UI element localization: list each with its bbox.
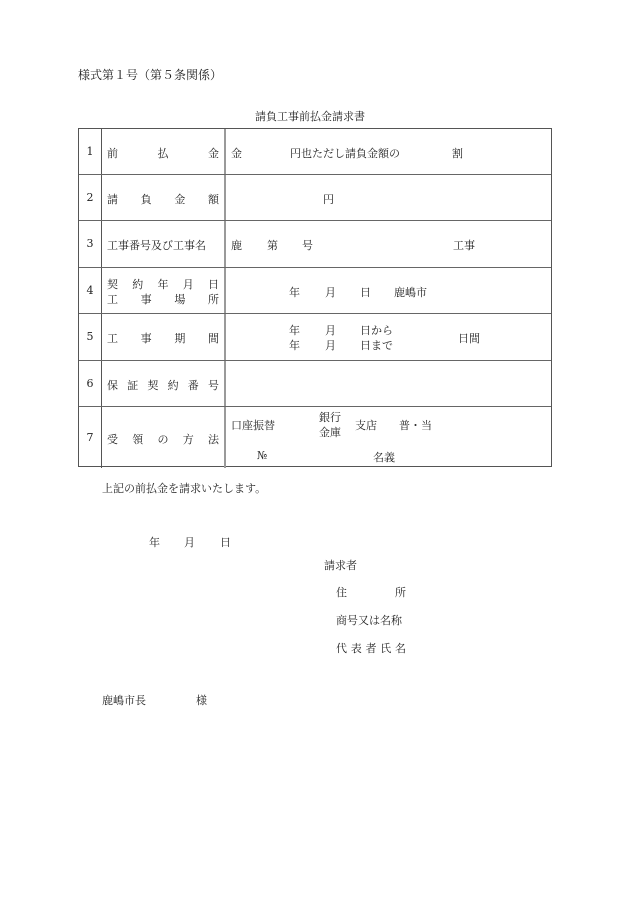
requester-representative-label: 代表者氏名 — [336, 640, 406, 656]
to-year: 年 — [289, 337, 300, 353]
work-prefix: 鹿 — [231, 237, 242, 253]
day-label: 日 — [360, 284, 371, 300]
account-holder-label: 名義 — [373, 449, 395, 465]
ratio-suffix: 割 — [452, 145, 463, 161]
row-label-line2: 工事場所 — [107, 291, 219, 307]
amount-text: 円也ただし請負金額の — [290, 145, 400, 161]
request-statement: 上記の前払金を請求いたします。 — [102, 480, 266, 496]
table-row-work-number: 3 工事番号及び工事名 鹿 第 号 工事 — [79, 221, 551, 268]
to-day: 日まで — [360, 337, 393, 353]
shinkin-label: 金庫 — [319, 424, 341, 440]
date-month: 月 — [184, 534, 195, 550]
row-number: 3 — [79, 237, 101, 250]
addressee-name: 鹿嶋市長 — [102, 692, 146, 708]
row-number: 4 — [79, 284, 101, 297]
addressee-honorific: 様 — [196, 692, 207, 708]
table-row-advance-payment: 1 前払金 金 円也ただし請負金額の 割 — [79, 129, 551, 175]
from-day: 日から — [360, 322, 393, 338]
row-number: 7 — [79, 431, 101, 444]
table-row-receipt-method: 7 受領の方法 口座振替 銀行 金庫 支店 普・当 № 名義 — [79, 407, 551, 468]
row-label: 工事番号及び工事名 — [107, 237, 219, 253]
yen-unit: 円 — [323, 191, 334, 207]
amount-prefix: 金 — [231, 145, 242, 161]
requester-heading: 請求者 — [324, 557, 357, 573]
row-label: 受領の方法 — [107, 431, 219, 447]
table-row-work-period: 5 工事期間 年 月 日から 年 月 日まで 日間 — [79, 314, 551, 361]
row-number: 6 — [79, 377, 101, 390]
requester-company-label: 商号又は名称 — [336, 612, 402, 628]
account-type-label: 普・当 — [399, 417, 432, 433]
bank-label: 銀行 — [319, 409, 341, 425]
month-label: 月 — [325, 284, 336, 300]
work-dai: 第 — [267, 237, 278, 253]
requester-address-label: 住所 — [336, 584, 406, 600]
table-row-contract-amount: 2 請負金額 円 — [79, 175, 551, 221]
row-number: 5 — [79, 330, 101, 343]
work-suffix: 工事 — [453, 237, 475, 253]
row-label-line1: 契約年月日 — [107, 276, 219, 292]
days-label: 日間 — [458, 330, 480, 346]
account-number-label: № — [257, 449, 267, 462]
row-label: 工事期間 — [107, 330, 219, 346]
date-day: 日 — [220, 534, 231, 550]
row-number: 1 — [79, 145, 101, 158]
branch-label: 支店 — [355, 417, 377, 433]
row-number: 2 — [79, 191, 101, 204]
document-title: 請負工事前払金請求書 — [255, 108, 365, 124]
table-row-guarantee-number: 6 保証契約番号 — [79, 361, 551, 407]
row-label: 請負金額 — [107, 191, 219, 207]
work-go: 号 — [302, 237, 313, 253]
row-label: 保証契約番号 — [107, 377, 219, 393]
from-year: 年 — [289, 322, 300, 338]
from-month: 月 — [325, 322, 336, 338]
to-month: 月 — [325, 337, 336, 353]
request-form-table: 1 前払金 金 円也ただし請負金額の 割 2 請負金額 円 3 工事番号及び工事… — [78, 128, 552, 467]
row-label: 前払金 — [107, 145, 219, 161]
transfer-label: 口座振替 — [231, 417, 275, 433]
year-label: 年 — [289, 284, 300, 300]
city-label: 鹿嶋市 — [394, 284, 427, 300]
table-row-contract-date-site: 4 契約年月日 工事場所 年 月 日 鹿嶋市 — [79, 268, 551, 314]
date-year: 年 — [149, 534, 160, 550]
form-number: 様式第１号（第５条関係） — [78, 66, 222, 83]
